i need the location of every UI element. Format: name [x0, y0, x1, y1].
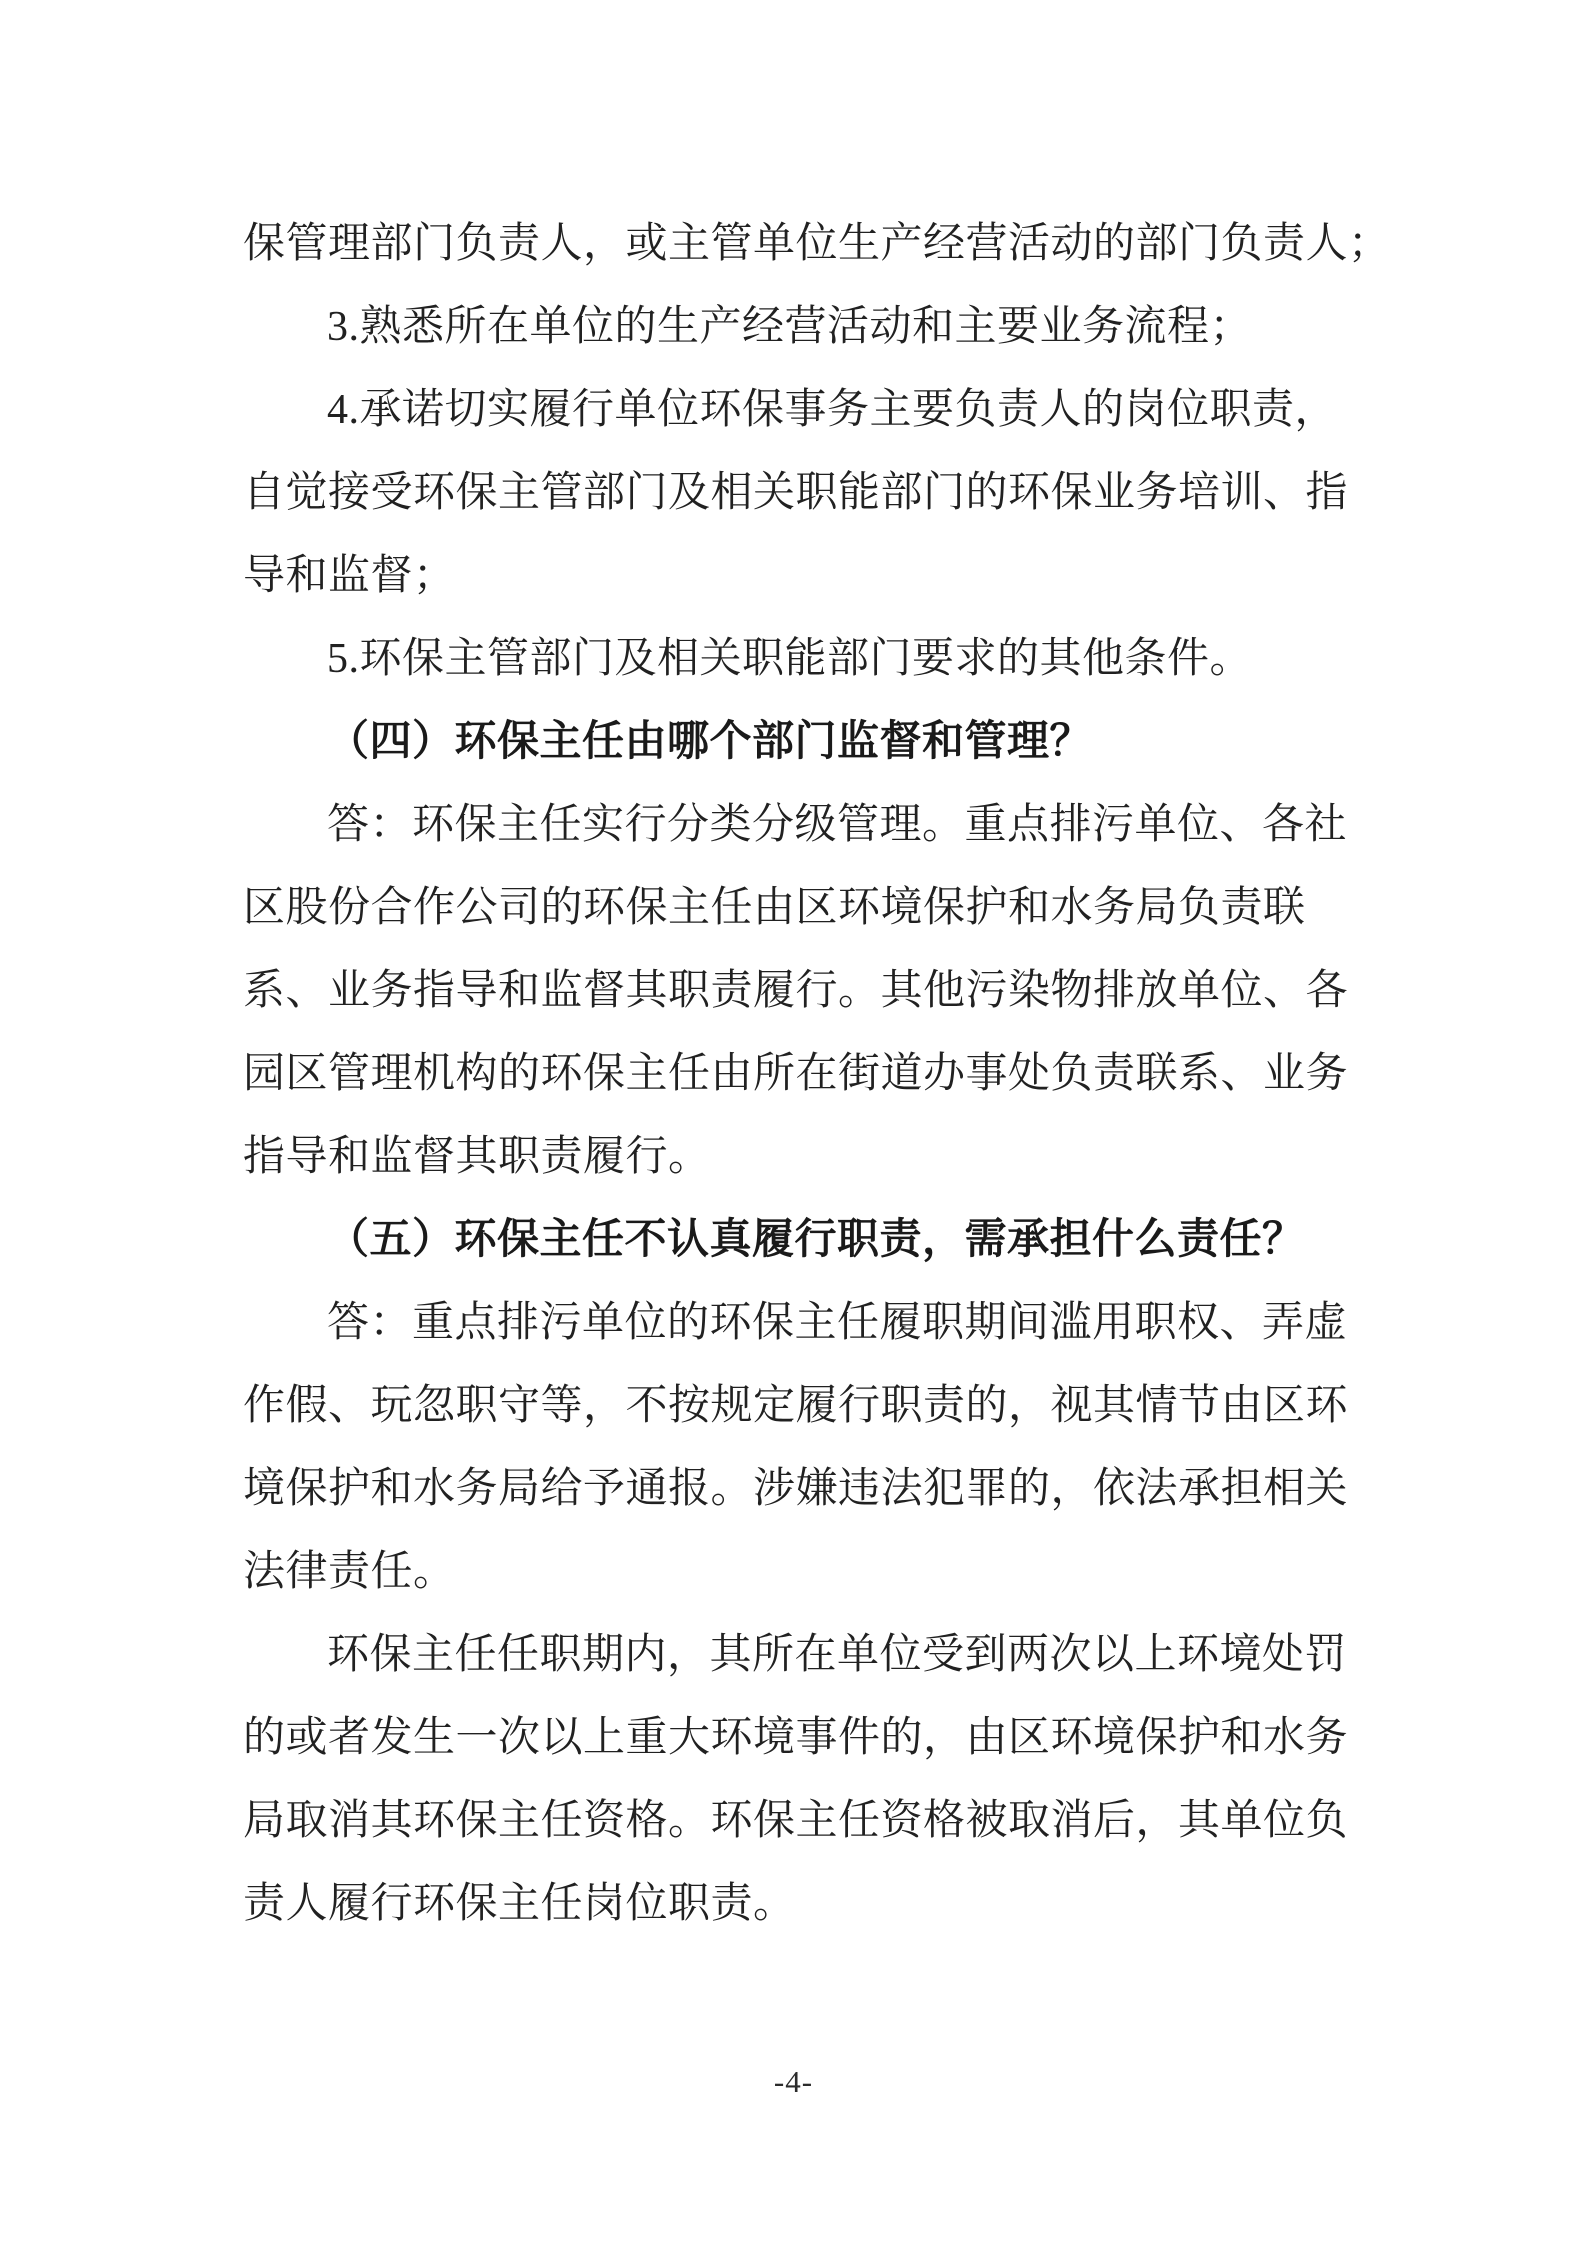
text-line: 园区管理机构的环保主任由所在街道办事处负责联系、业务 — [243, 1033, 1353, 1116]
body-paragraph: 保管理部门负责人，或主管单位生产经营活动的部门负责人； — [243, 203, 1353, 286]
page-number: -4- — [774, 2064, 813, 2099]
text-line: 答：环保主任实行分类分级管理。重点排污单位、各社 — [243, 784, 1353, 867]
text-line: 作假、玩忽职守等，不按规定履行职责的，视其情节由区环 — [243, 1365, 1353, 1448]
text-line: 境保护和水务局给予通报。涉嫌违法犯罪的，依法承担相关 — [243, 1448, 1353, 1531]
text-line: 环保主任任职期内，其所在单位受到两次以上环境处罚 — [243, 1614, 1353, 1697]
question-heading: （四）环保主任由哪个部门监督和管理？ — [243, 701, 1353, 784]
text-line: 自觉接受环保主管部门及相关职能部门的环保业务培训、指 — [243, 452, 1353, 535]
page-footer: -4- — [0, 2062, 1587, 2102]
document-page: 保管理部门负责人，或主管单位生产经营活动的部门负责人；3.熟悉所在单位的生产经营… — [0, 0, 1587, 2245]
text-line: 4.承诺切实履行单位环保事务主要负责人的岗位职责， — [243, 369, 1353, 452]
text-line: 5.环保主管部门及相关职能部门要求的其他条件。 — [243, 618, 1353, 701]
document-body: 保管理部门负责人，或主管单位生产经营活动的部门负责人；3.熟悉所在单位的生产经营… — [243, 203, 1353, 1946]
body-paragraph: 5.环保主管部门及相关职能部门要求的其他条件。 — [243, 618, 1353, 701]
text-line: 局取消其环保主任资格。环保主任资格被取消后，其单位负 — [243, 1780, 1353, 1863]
text-line: 区股份合作公司的环保主任由区环境保护和水务局负责联 — [243, 867, 1353, 950]
body-paragraph: 答：重点排污单位的环保主任履职期间滥用职权、弄虚作假、玩忽职守等，不按规定履行职… — [243, 1282, 1353, 1614]
text-line: 系、业务指导和监督其职责履行。其他污染物排放单位、各 — [243, 950, 1353, 1033]
body-paragraph: 4.承诺切实履行单位环保事务主要负责人的岗位职责，自觉接受环保主管部门及相关职能… — [243, 369, 1353, 618]
text-line: （四）环保主任由哪个部门监督和管理？ — [243, 701, 1353, 784]
question-heading: （五）环保主任不认真履行职责，需承担什么责任？ — [243, 1199, 1353, 1282]
text-line: 的或者发生一次以上重大环境事件的，由区环境保护和水务 — [243, 1697, 1353, 1780]
body-paragraph: 答：环保主任实行分类分级管理。重点排污单位、各社区股份合作公司的环保主任由区环境… — [243, 784, 1353, 1199]
body-paragraph: 环保主任任职期内，其所在单位受到两次以上环境处罚的或者发生一次以上重大环境事件的… — [243, 1614, 1353, 1946]
text-line: 导和监督； — [243, 535, 1353, 618]
text-line: （五）环保主任不认真履行职责，需承担什么责任？ — [243, 1199, 1353, 1282]
body-paragraph: 3.熟悉所在单位的生产经营活动和主要业务流程； — [243, 286, 1353, 369]
text-line: 3.熟悉所在单位的生产经营活动和主要业务流程； — [243, 286, 1353, 369]
text-line: 责人履行环保主任岗位职责。 — [243, 1863, 1353, 1946]
text-line: 保管理部门负责人，或主管单位生产经营活动的部门负责人； — [243, 203, 1353, 286]
text-line: 法律责任。 — [243, 1531, 1353, 1614]
text-line: 指导和监督其职责履行。 — [243, 1116, 1353, 1199]
text-line: 答：重点排污单位的环保主任履职期间滥用职权、弄虚 — [243, 1282, 1353, 1365]
